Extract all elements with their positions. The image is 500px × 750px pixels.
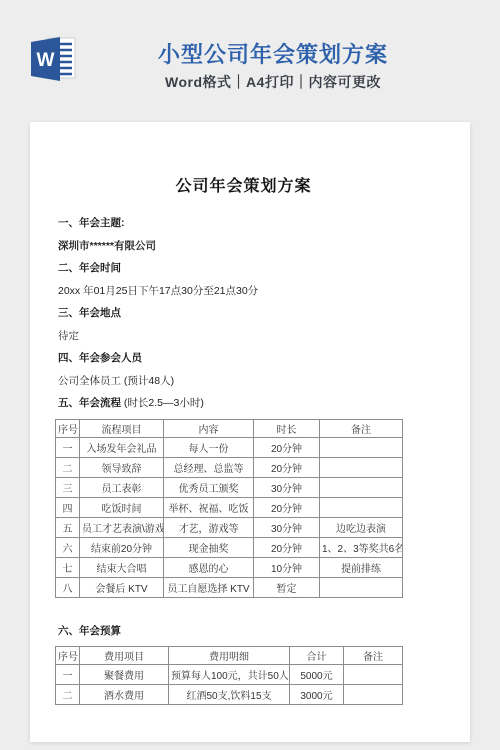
table-cell	[320, 477, 403, 497]
table-cell: 入场发年会礼品	[80, 437, 164, 457]
word-logo-icon: W	[29, 36, 79, 82]
table-cell: 一	[56, 437, 80, 457]
section-heading-time: 二、年会时间	[58, 261, 432, 275]
schedule-heading-note: (时长2.5—3小时)	[124, 397, 204, 409]
table-cell: 二	[56, 457, 80, 477]
section-heading-schedule: 五、年会流程 (时长2.5—3小时)	[58, 396, 432, 410]
table-cell: 六	[56, 537, 80, 557]
table-cell: 优秀员工颁奖	[164, 477, 254, 497]
table-row: 二领导致辞总经理、总监等20分钟	[56, 457, 403, 477]
column-header: 费用明细	[169, 647, 290, 665]
table-cell: 感恩的心	[164, 557, 254, 577]
table-cell: 红酒50支,饮料15支	[169, 685, 290, 705]
table-cell: 会餐后 KTV	[80, 577, 164, 597]
table-cell: 七	[56, 557, 80, 577]
column-header: 备注	[320, 419, 403, 437]
column-header: 序号	[56, 647, 80, 665]
section-body-attendees: 公司全体员工 (预计48人)	[58, 374, 432, 388]
document-page: 公司年会策划方案 一、年会主题: 深圳市******有限公司 二、年会时间 20…	[30, 122, 470, 742]
table-cell: 提前排练	[320, 557, 403, 577]
table-cell: 10分钟	[254, 557, 320, 577]
table-row: 一聚餐费用预算每人100元，共计50人5000元	[56, 665, 403, 685]
table-cell: 三	[56, 477, 80, 497]
table-cell: 五	[56, 517, 80, 537]
table-cell: 吃饭时间	[80, 497, 164, 517]
table-cell: 二	[56, 685, 80, 705]
table-cell: 20分钟	[254, 437, 320, 457]
table-cell: 员工自愿选择 KTV	[164, 577, 254, 597]
column-header: 费用项目	[80, 647, 169, 665]
table-cell: 酒水费用	[80, 685, 169, 705]
table-cell: 20分钟	[254, 497, 320, 517]
column-header: 备注	[344, 647, 403, 665]
table-cell: 20分钟	[254, 457, 320, 477]
document-title: 公司年会策划方案	[55, 176, 432, 198]
section-heading-budget: 六、年会预算	[58, 624, 432, 638]
table-cell: 结束大合唱	[80, 557, 164, 577]
table-cell: 举杯、祝福、吃饭	[164, 497, 254, 517]
table-row: 八会餐后 KTV员工自愿选择 KTV暂定	[56, 577, 403, 597]
column-header: 流程项目	[80, 419, 164, 437]
column-header: 合计	[290, 647, 344, 665]
table-cell	[320, 497, 403, 517]
table-cell: 现金抽奖	[164, 537, 254, 557]
banner: W 小型公司年会策划方案 Word格式｜A4打印｜内容可更改	[0, 0, 500, 122]
table-cell: 30分钟	[254, 477, 320, 497]
section-body-time: 20xx 年01月25日下午17点30分至21点30分	[58, 284, 432, 298]
section-heading-attendees: 四、年会参会人员	[58, 351, 432, 365]
section-body-theme: 深圳市******有限公司	[58, 239, 432, 253]
table-row: 七结束大合唱感恩的心10分钟提前排练	[56, 557, 403, 577]
table-cell: 预算每人100元，共计50人	[169, 665, 290, 685]
section-body-location: 待定	[58, 329, 432, 343]
table-cell: 聚餐费用	[80, 665, 169, 685]
section-heading-location: 三、年会地点	[58, 306, 432, 320]
table-cell	[344, 685, 403, 705]
table-cell: 四	[56, 497, 80, 517]
table-row: 四吃饭时间举杯、祝福、吃饭20分钟	[56, 497, 403, 517]
table-cell: 八	[56, 577, 80, 597]
table-row: 三员工表彰优秀员工颁奖30分钟	[56, 477, 403, 497]
table-cell: 暂定	[254, 577, 320, 597]
table-cell: 员工表彰	[80, 477, 164, 497]
table-cell	[320, 577, 403, 597]
table-cell: 一	[56, 665, 80, 685]
table-header-row: 序号费用项目费用明细合计备注	[56, 647, 403, 665]
table-cell: 边吃边表演	[320, 517, 403, 537]
banner-title: 小型公司年会策划方案	[46, 40, 500, 69]
banner-subtitle: Word格式｜A4打印｜内容可更改	[46, 74, 500, 90]
table-cell: 5000元	[290, 665, 344, 685]
table-cell	[320, 457, 403, 477]
table-row: 五员工才艺表演\游戏才艺，游戏等30分钟边吃边表演	[56, 517, 403, 537]
schedule-table: 序号流程项目内容时长备注一入场发年会礼品每人一份20分钟二领导致辞总经理、总监等…	[55, 419, 403, 598]
schedule-heading-text: 五、年会流程	[58, 397, 121, 409]
table-row: 六结束前20分钟现金抽奖20分钟1、2、3等奖共6名	[56, 537, 403, 557]
table-cell: 结束前20分钟	[80, 537, 164, 557]
table-cell: 员工才艺表演\游戏	[80, 517, 164, 537]
table-row: 二酒水费用红酒50支,饮料15支3000元	[56, 685, 403, 705]
table-cell: 30分钟	[254, 517, 320, 537]
table-cell: 3000元	[290, 685, 344, 705]
table-cell	[344, 665, 403, 685]
column-header: 序号	[56, 419, 80, 437]
table-cell: 才艺，游戏等	[164, 517, 254, 537]
table-cell: 总经理、总监等	[164, 457, 254, 477]
table-row: 一入场发年会礼品每人一份20分钟	[56, 437, 403, 457]
column-header: 内容	[164, 419, 254, 437]
svg-text:W: W	[37, 50, 55, 71]
section-heading-theme: 一、年会主题:	[58, 216, 432, 230]
table-cell: 20分钟	[254, 537, 320, 557]
table-header-row: 序号流程项目内容时长备注	[56, 419, 403, 437]
table-cell: 领导致辞	[80, 457, 164, 477]
table-cell	[320, 437, 403, 457]
banner-text: 小型公司年会策划方案 Word格式｜A4打印｜内容可更改	[46, 0, 500, 90]
table-cell: 1、2、3等奖共6名	[320, 537, 403, 557]
column-header: 时长	[254, 419, 320, 437]
template-preview: W 小型公司年会策划方案 Word格式｜A4打印｜内容可更改 公司年会策划方案 …	[0, 0, 500, 750]
table-cell: 每人一份	[164, 437, 254, 457]
budget-table: 序号费用项目费用明细合计备注一聚餐费用预算每人100元，共计50人5000元二酒…	[55, 646, 403, 705]
